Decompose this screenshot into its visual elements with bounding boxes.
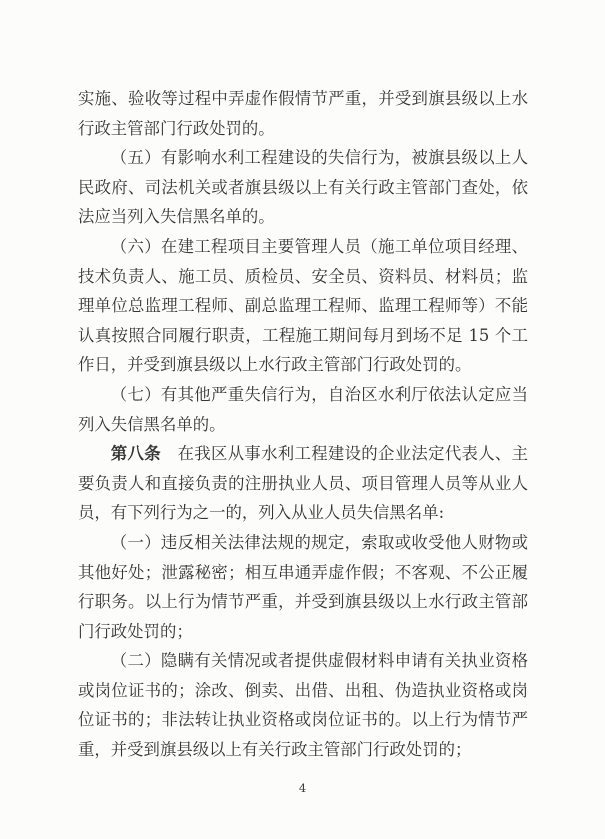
para-item-5: （五）有影响水利工程建设的失信行为，被旗县级以上人民政府、司法机关或者旗县级以上… (78, 143, 528, 232)
para-item-6: （六）在建工程项目主要管理人员（施工单位项目经理、技术负责人、施工员、质检员、安… (78, 232, 528, 380)
page-number: 4 (0, 781, 605, 795)
text-run: （五）有影响水利工程建设的失信行为，被旗县级以上人民政府、司法机关或者旗县级以上… (78, 148, 528, 226)
text-run: 实施、验收等过程中弄虚作假情节严重，并受到旗县级以上水行政主管部门行政处罚的。 (78, 89, 528, 138)
text-run: （一）违反相关法律法规的规定，索取或收受他人财物或其他好处；泄露秘密；相互串通弄… (78, 533, 528, 641)
text-run: （二）隐瞒有关情况或者提供虚假材料申请有关执业资格或岗位证书的；涂改、倒卖、出借… (78, 651, 528, 759)
text-run: （六）在建工程项目主要管理人员（施工单位项目经理、技术负责人、施工员、质检员、安… (78, 237, 528, 374)
document-page: 实施、验收等过程中弄虚作假情节严重，并受到旗县级以上水行政主管部门行政处罚的。（… (0, 0, 605, 839)
para-item-7: （七）有其他严重失信行为，自治区水利厅依法认定应当列入失信黑名单的。 (78, 380, 528, 439)
para-continuation: 实施、验收等过程中弄虚作假情节严重，并受到旗县级以上水行政主管部门行政处罚的。 (78, 84, 528, 143)
para-sub-2: （二）隐瞒有关情况或者提供虚假材料申请有关执业资格或岗位证书的；涂改、倒卖、出借… (78, 646, 528, 764)
para-article-8: 第八条 在我区从事水利工程建设的企业法定代表人、主要负责人和直接负责的注册执业人… (78, 439, 528, 528)
document-body: 实施、验收等过程中弄虚作假情节严重，并受到旗县级以上水行政主管部门行政处罚的。（… (78, 84, 528, 765)
text-run: （七）有其他严重失信行为，自治区水利厅依法认定应当列入失信黑名单的。 (78, 385, 528, 434)
article-number-text: 第八条 (111, 444, 161, 463)
para-sub-1: （一）违反相关法律法规的规定，索取或收受他人财物或其他好处；泄露秘密；相互串通弄… (78, 528, 528, 646)
